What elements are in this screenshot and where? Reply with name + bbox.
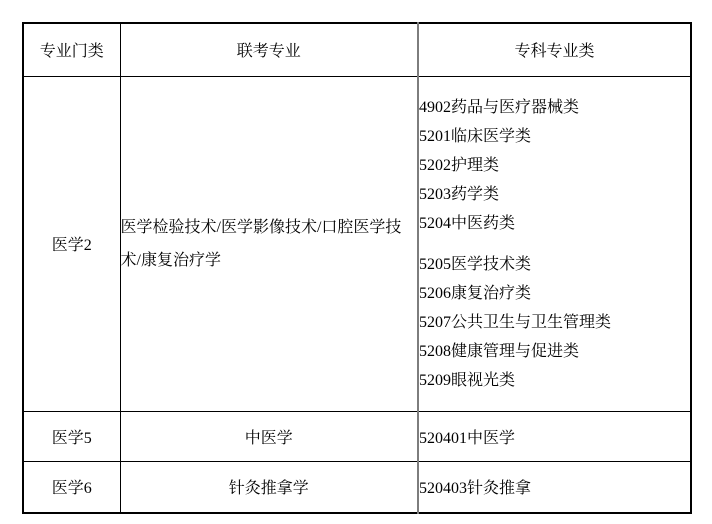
specialist-class-item: 5207公共卫生与卫生管理类 <box>419 308 690 337</box>
specialist-class-item: 5208健康管理与促进类 <box>419 337 690 366</box>
category-cell: 医学5 <box>23 411 120 461</box>
list-spacer <box>419 238 690 250</box>
specialist-class-item: 5203药学类 <box>419 180 690 209</box>
specialist-class-item: 4902药品与医疗器械类 <box>419 93 690 122</box>
category-cell: 医学6 <box>23 461 120 513</box>
category-cell: 医学2 <box>23 76 120 411</box>
header-specialist-class: 专科专业类 <box>418 23 691 76</box>
header-row: 专业门类 联考专业 专科专业类 <box>23 23 691 76</box>
major-mapping-table: 专业门类 联考专业 专科专业类 医学2 医学检验技术/医学影像技术/口腔医学技术… <box>22 22 692 514</box>
table-row-medicine-5: 医学5 中医学 520401中医学 <box>23 411 691 461</box>
page: 专业门类 联考专业 专科专业类 医学2 医学检验技术/医学影像技术/口腔医学技术… <box>0 0 712 524</box>
specialist-classes-cell: 520403针灸推拿 <box>418 461 691 513</box>
header-major-category: 专业门类 <box>23 23 120 76</box>
specialist-class-item: 5204中医药类 <box>419 209 690 238</box>
joint-exam-major-cell: 中医学 <box>120 411 418 461</box>
table-row-medicine-2: 医学2 医学检验技术/医学影像技术/口腔医学技术/康复治疗学 4902药品与医疗… <box>23 76 691 411</box>
specialist-class-item: 5201临床医学类 <box>419 122 690 151</box>
table-row-medicine-6: 医学6 针灸推拿学 520403针灸推拿 <box>23 461 691 513</box>
joint-exam-major-cell: 针灸推拿学 <box>120 461 418 513</box>
specialist-class-item: 5205医学技术类 <box>419 250 690 279</box>
joint-exam-major-cell: 医学检验技术/医学影像技术/口腔医学技术/康复治疗学 <box>120 76 418 411</box>
specialist-class-item: 5202护理类 <box>419 151 690 180</box>
header-joint-exam-major: 联考专业 <box>120 23 418 76</box>
specialist-class-item: 5206康复治疗类 <box>419 279 690 308</box>
specialist-class-item: 5209眼视光类 <box>419 366 690 395</box>
specialist-classes-cell: 520401中医学 <box>418 411 691 461</box>
specialist-classes-cell: 4902药品与医疗器械类5201临床医学类5202护理类5203药学类5204中… <box>418 76 691 411</box>
